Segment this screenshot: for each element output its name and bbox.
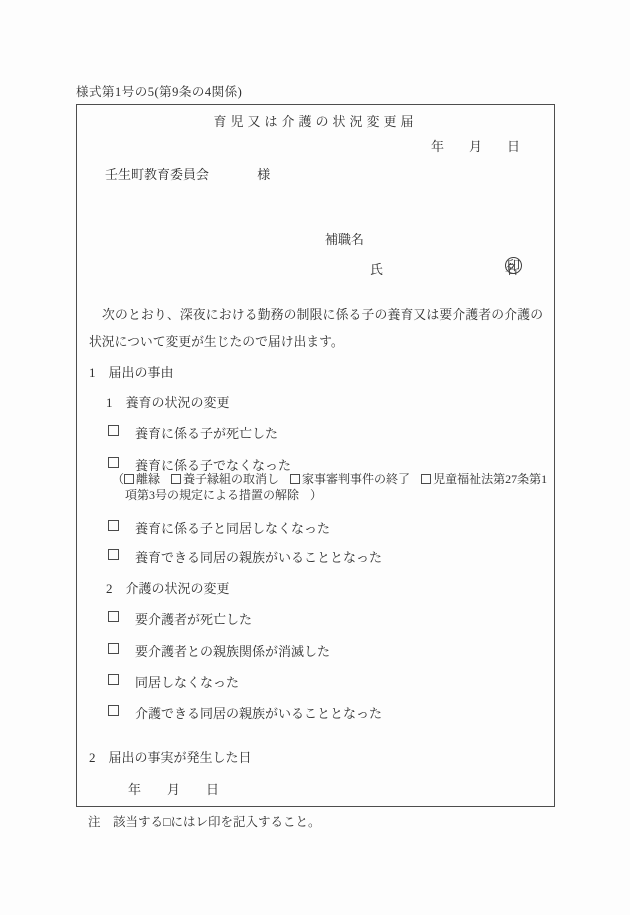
checkbox-label: 介護できる同居の親族がいることとなった bbox=[135, 703, 382, 722]
day-label: 日 bbox=[206, 779, 219, 798]
checkbox-label: 養育に係る子が死亡した bbox=[135, 423, 278, 442]
addressee-line: 壬生町教育委員会 様 bbox=[105, 164, 270, 183]
checkbox-adoption-annulment[interactable] bbox=[171, 474, 181, 484]
checkbox-divorce-dissolution[interactable] bbox=[124, 474, 134, 484]
childcare-subheading: 1 養育の状況の変更 bbox=[106, 392, 230, 411]
position-title-label: 補職名 bbox=[325, 229, 364, 248]
checkbox-care-relative-available[interactable] bbox=[108, 705, 119, 716]
checkbox-care-recipient-died[interactable] bbox=[108, 611, 119, 622]
checkbox-row: 養育に係る子が死亡した bbox=[108, 423, 278, 442]
sub-option-label: 養子縁組の取消し bbox=[183, 472, 279, 486]
sub-option-label: 家事審判事件の終了 bbox=[302, 472, 410, 486]
sub-options-group: （離縁養子縁組の取消し家事審判事件の終了児童福祉法第27条第1項第3号の規定によ… bbox=[112, 471, 554, 503]
checkbox-no-longer-cohabiting-child[interactable] bbox=[108, 520, 119, 531]
month-label: 月 bbox=[167, 779, 180, 798]
paren-close: ） bbox=[310, 488, 322, 502]
name-line: 氏 名 印 bbox=[77, 259, 554, 277]
checkbox-kinship-ended[interactable] bbox=[108, 643, 119, 654]
checkbox-label: 養育できる同居の親族がいることとなった bbox=[135, 547, 382, 566]
month-label: 月 bbox=[469, 136, 482, 155]
checkbox-family-court-case-end[interactable] bbox=[290, 474, 300, 484]
checkbox-welfare-act-measure-release[interactable] bbox=[421, 474, 431, 484]
addressee-name: 壬生町教育委員会 bbox=[105, 167, 209, 182]
care-subheading: 2 介護の状況の変更 bbox=[106, 578, 230, 597]
checkbox-caregiving-relative-available[interactable] bbox=[108, 549, 119, 560]
checkbox-no-longer-cohabiting[interactable] bbox=[108, 674, 119, 685]
checkbox-row: 要介護者が死亡した bbox=[108, 609, 252, 628]
section1-heading: 1 届出の事由 bbox=[89, 362, 174, 381]
checkbox-label: 要介護者が死亡した bbox=[135, 609, 252, 628]
day-label: 日 bbox=[507, 136, 520, 155]
checkbox-child-died[interactable] bbox=[108, 425, 119, 436]
surname-label: 氏 bbox=[370, 259, 383, 278]
footnote: 注 該当する□にはレ印を記入すること。 bbox=[88, 812, 321, 830]
paren-open: （ bbox=[112, 472, 124, 486]
section2-heading: 2 届出の事実が発生した日 bbox=[89, 747, 252, 766]
checkbox-row: 養育できる同居の親族がいることとなった bbox=[108, 547, 382, 566]
checkbox-label: 養育に係る子と同居しなくなった bbox=[135, 518, 330, 537]
year-label: 年 bbox=[128, 779, 141, 798]
submission-date-line: 年 月 日 bbox=[431, 136, 520, 155]
addressee-honorific: 様 bbox=[257, 167, 270, 182]
sub-option: 家事審判事件の終了 bbox=[290, 472, 410, 486]
intro-paragraph: 次のとおり、深夜における勤務の制限に係る子の養育又は要介護者の介護の状況について… bbox=[89, 302, 543, 356]
form-border-box: 育児又は介護の状況変更届 年 月 日 壬生町教育委員会 様 補職名 氏 名 印 … bbox=[76, 104, 555, 807]
checkbox-row: 介護できる同居の親族がいることとなった bbox=[108, 703, 382, 722]
checkbox-row: 養育に係る子と同居しなくなった bbox=[108, 518, 330, 537]
year-label: 年 bbox=[431, 136, 444, 155]
event-date-line: 年 月 日 bbox=[128, 779, 219, 798]
checkbox-row: 要介護者との親族関係が消滅した bbox=[108, 641, 330, 660]
sub-option-label: 離縁 bbox=[136, 472, 160, 486]
checkbox-label: 同居しなくなった bbox=[135, 672, 239, 691]
form-title: 育児又は介護の状況変更届 bbox=[77, 111, 554, 130]
document-page: 様式第1号の5(第9条の4関係) 育児又は介護の状況変更届 年 月 日 壬生町教… bbox=[0, 0, 630, 915]
checkbox-label: 要介護者との親族関係が消滅した bbox=[135, 641, 330, 660]
seal-icon: 印 bbox=[505, 257, 522, 274]
checkbox-row: 同居しなくなった bbox=[108, 672, 239, 691]
sub-option: 養子縁組の取消し bbox=[171, 472, 279, 486]
form-code: 様式第1号の5(第9条の4関係) bbox=[76, 82, 242, 100]
checkbox-no-longer-child[interactable] bbox=[108, 457, 119, 468]
sub-option: 離縁 bbox=[124, 472, 160, 486]
